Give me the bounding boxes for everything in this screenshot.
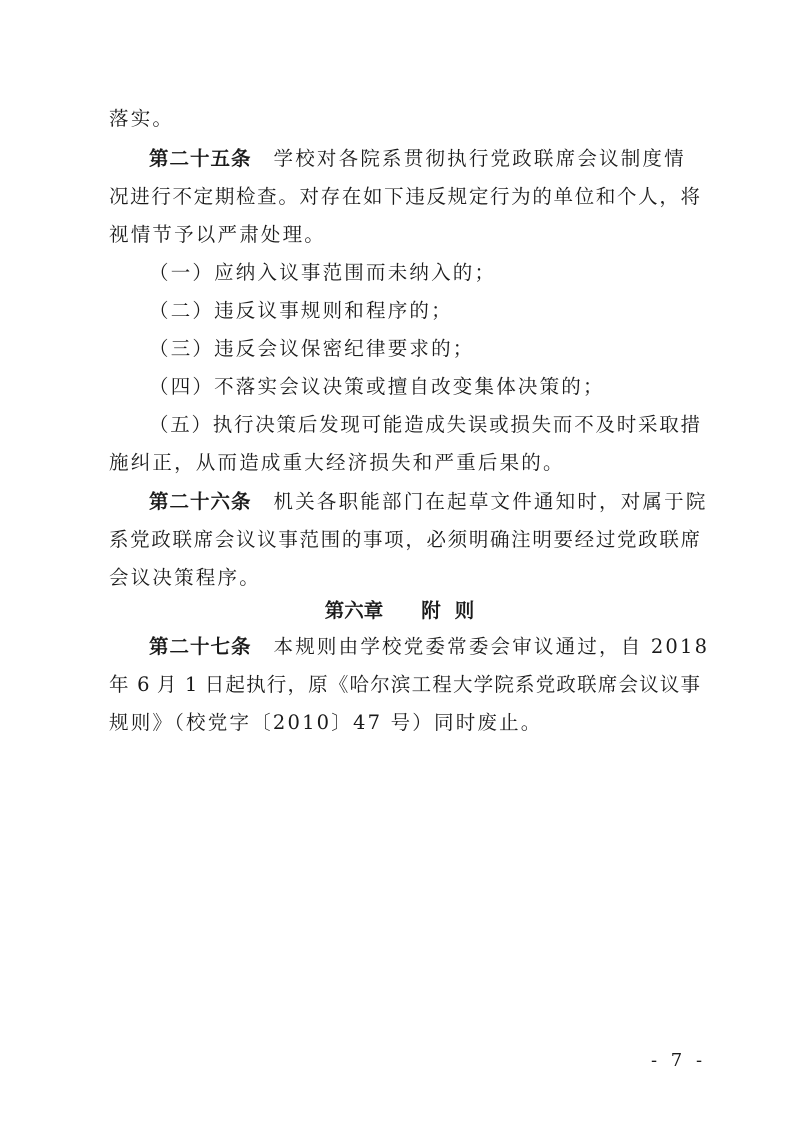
article-heading: 第二十五条 <box>149 147 252 170</box>
chapter-heading: 第六章附则 <box>0 597 799 625</box>
paragraph-line: 落实。 <box>109 105 174 133</box>
paragraph-line: 施纠正，从而造成重大经济损失和严重后果的。 <box>109 449 565 477</box>
list-item: （五）执行决策后发现可能造成失误或损失而不及时采取措 <box>149 411 700 439</box>
paragraph-text: 机关各职能部门在起草文件通知时，对属于院 <box>274 490 708 513</box>
page-number: - 7 - <box>651 1049 706 1073</box>
article-27: 第二十七条本规则由学校党委常委会审议通过，自 2018 <box>149 633 709 661</box>
article-heading: 第二十六条 <box>149 490 252 513</box>
list-item: （四）不落实会议决策或擅自改变集体决策的； <box>149 373 605 401</box>
paragraph-line: 况进行不定期检查。对存在如下违反规定行为的单位和个人，将 <box>109 183 700 211</box>
article-26: 第二十六条机关各职能部门在起草文件通知时，对属于院 <box>149 488 708 516</box>
chapter-title: 则 <box>455 599 475 622</box>
paragraph-line: 规则》（校党字〔2010〕47 号）同时废止。 <box>109 709 543 737</box>
paragraph-line: 视情节予以严肃处理。 <box>109 221 326 249</box>
article-heading: 第二十七条 <box>149 635 252 658</box>
paragraph-text: 本规则由学校党委常委会审议通过，自 2018 <box>274 635 710 658</box>
paragraph-text: 学校对各院系贯彻执行党政联席会议制度情 <box>274 147 686 170</box>
list-item: （二）违反议事规则和程序的； <box>149 297 453 325</box>
chapter-number: 第六章 <box>325 599 384 622</box>
paragraph-line: 会议决策程序。 <box>109 564 261 592</box>
paragraph-line: 年 6 月 1 日起执行，原《哈尔滨工程大学院系党政联席会议议事 <box>109 671 700 699</box>
chapter-title: 附 <box>421 599 441 622</box>
article-25: 第二十五条学校对各院系贯彻执行党政联席会议制度情 <box>149 145 686 173</box>
paragraph-line: 系党政联席会议议事范围的事项，必须明确注明要经过党政联席 <box>109 526 700 554</box>
list-item: （一）应纳入议事范围而未纳入的； <box>149 259 496 287</box>
list-item: （三）违反会议保密纪律要求的； <box>149 335 475 363</box>
